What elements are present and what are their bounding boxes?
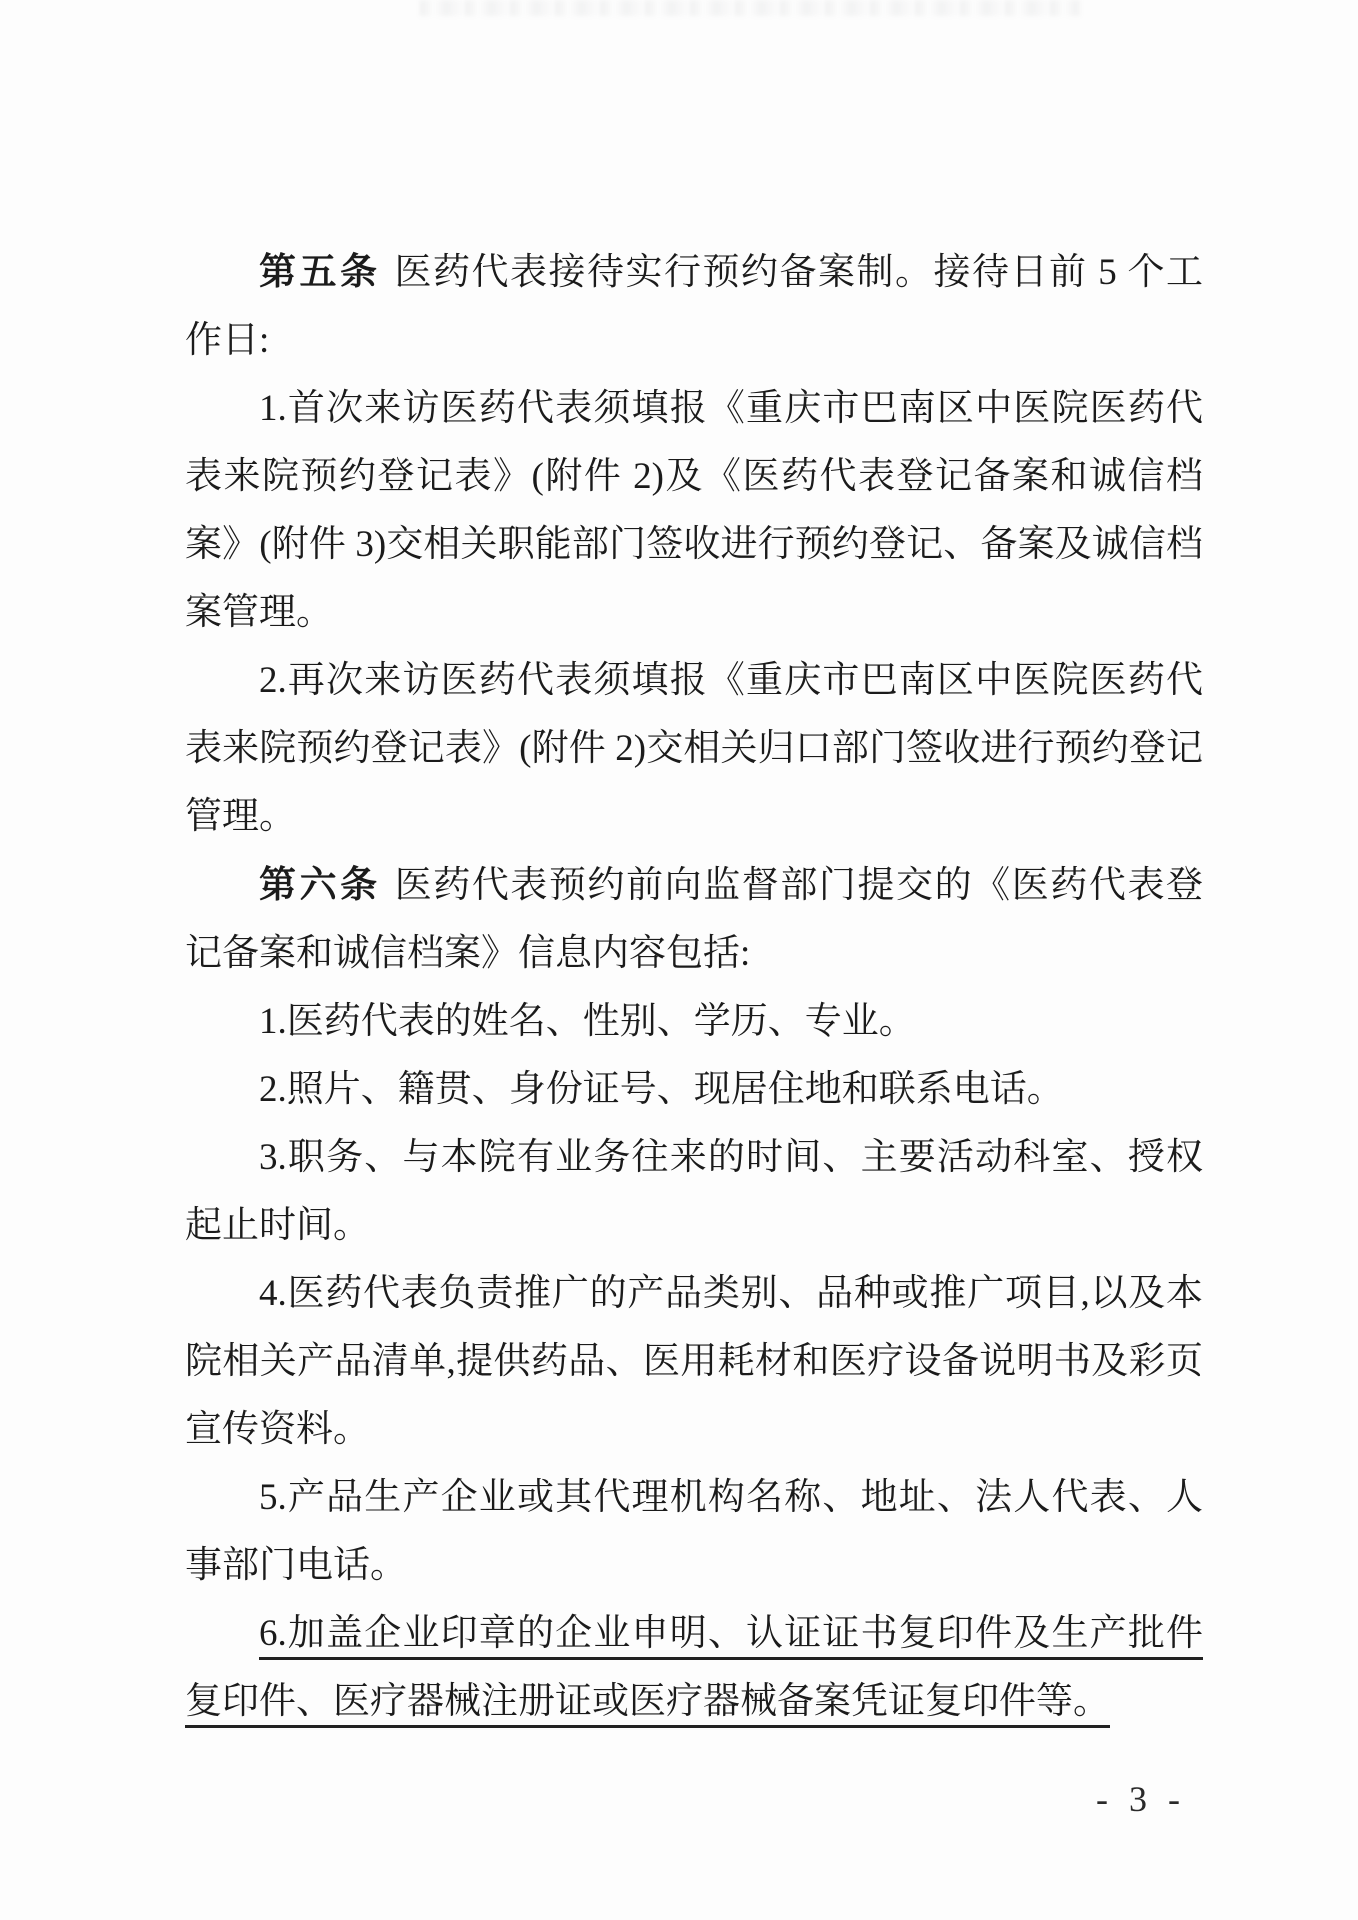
paragraph: 5.产品生产企业或其代理机构名称、地址、法人代表、人事部门电话。 (185, 1464, 1203, 1600)
scan-artifact (420, 0, 1080, 16)
article-heading: 第五条 (259, 251, 381, 292)
paragraph-text: 1.医药代表的姓名、性别、学历、专业。 (259, 1001, 916, 1042)
article-heading: 第六条 (259, 864, 381, 905)
paragraph: 第六条医药代表预约前向监督部门提交的《医药代表登记备案和诚信档案》信息内容包括: (185, 851, 1203, 988)
paragraph-text: 4.医药代表负责推广的产品类别、品种或推广项目,以及本院相关产品清单,提供药品、… (185, 1273, 1203, 1450)
paragraph: 6.加盖企业印章的企业申明、认证证书复印件及生产批件复印件、医疗器械注册证或医疗… (185, 1600, 1203, 1736)
paragraph-text: 5.产品生产企业或其代理机构名称、地址、法人代表、人事部门电话。 (185, 1477, 1203, 1586)
paragraph-text: 1.首次来访医药代表须填报《重庆市巴南区中医院医药代表来院预约登记表》(附件 2… (185, 388, 1203, 633)
paragraph: 1.首次来访医药代表须填报《重庆市巴南区中医院医药代表来院预约登记表》(附件 2… (185, 375, 1203, 647)
paragraph-text: 6.加盖企业印章的企业申明、认证证书复印件及生产批件复印件、医疗器械注册证或医疗… (185, 1613, 1203, 1722)
document-page: 第五条医药代表接待实行预约备案制。接待日前 5 个工作日:1.首次来访医药代表须… (0, 0, 1358, 1920)
paragraph: 4.医药代表负责推广的产品类别、品种或推广项目,以及本院相关产品清单,提供药品、… (185, 1260, 1203, 1464)
paragraph: 2.再次来访医药代表须填报《重庆市巴南区中医院医药代表来院预约登记表》(附件 2… (185, 647, 1203, 851)
paragraph: 1.医药代表的姓名、性别、学历、专业。 (185, 988, 1203, 1056)
document-body: 第五条医药代表接待实行预约备案制。接待日前 5 个工作日:1.首次来访医药代表须… (185, 238, 1203, 1736)
paragraph: 3.职务、与本院有业务往来的时间、主要活动科室、授权起止时间。 (185, 1124, 1203, 1260)
page-number: - 3 - (1096, 1778, 1206, 1820)
paragraph-text: 3.职务、与本院有业务往来的时间、主要活动科室、授权起止时间。 (185, 1137, 1203, 1246)
paragraph-text: 2.照片、籍贯、身份证号、现居住地和联系电话。 (259, 1069, 1064, 1110)
paragraph: 第五条医药代表接待实行预约备案制。接待日前 5 个工作日: (185, 238, 1203, 375)
paragraph-text: 2.再次来访医药代表须填报《重庆市巴南区中医院医药代表来院预约登记表》(附件 2… (185, 660, 1203, 837)
paragraph: 2.照片、籍贯、身份证号、现居住地和联系电话。 (185, 1056, 1203, 1124)
